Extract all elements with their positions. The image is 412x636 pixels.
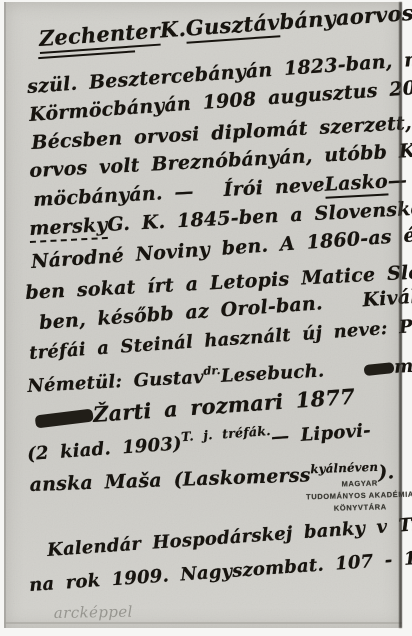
text-segment: anska Maša (Laskomerss: [29, 464, 311, 496]
text-segment: álnéven: [325, 460, 378, 476]
scan-page: Zechenter K. Gusztáv bányaorvos.szül. Be…: [0, 0, 412, 636]
text-segment: möcbányán. —: [33, 181, 194, 211]
text-segment: —: [387, 169, 407, 192]
text-segment: bányaorvos.: [279, 0, 412, 34]
text-segment: dr.: [203, 364, 221, 378]
card-edge-bottom: [4, 622, 402, 624]
handwritten-text-block: Zechenter K. Gusztáv bányaorvos.szül. Be…: [4, 2, 402, 628]
text-segment: Kivált: [362, 285, 412, 311]
text-segment: arcképpel: [54, 603, 133, 622]
text-segment: Németül: Gustav: [27, 367, 204, 397]
card-edge-left: [4, 2, 6, 628]
library-stamp: MAGYAR TUDOMÁNYOS AKADÉMIA KÖNYVTÁRA: [302, 476, 412, 515]
text-segment: Írói neve: [223, 174, 325, 201]
text-segment: (2 kiad. 1903): [27, 433, 183, 465]
text-segment: — Lipovi-: [270, 420, 371, 448]
ink-scribble: [35, 409, 94, 429]
note-card: Zechenter K. Gusztáv bányaorvos.szül. Be…: [4, 2, 402, 628]
text-segment: Lasko: [324, 170, 388, 198]
text-segment: ky: [310, 462, 326, 477]
ink-scribble: [364, 362, 395, 376]
text-segment: Lesebuch.: [220, 360, 324, 386]
handwritten-line: Zechenter K. Gusztáv bányaorvos.: [38, 0, 412, 54]
text-segment: Zechenter: [38, 18, 161, 54]
card-edge-right: [399, 2, 402, 628]
pencil-note-line: arcképpel: [54, 603, 133, 622]
text-segment: Gusztáv: [185, 9, 281, 43]
text-segment: mersky: [29, 214, 109, 243]
text-segment: T. j. tréfák.: [181, 423, 271, 444]
text-segment: K.: [159, 16, 187, 43]
text-segment: műve: [394, 354, 412, 378]
